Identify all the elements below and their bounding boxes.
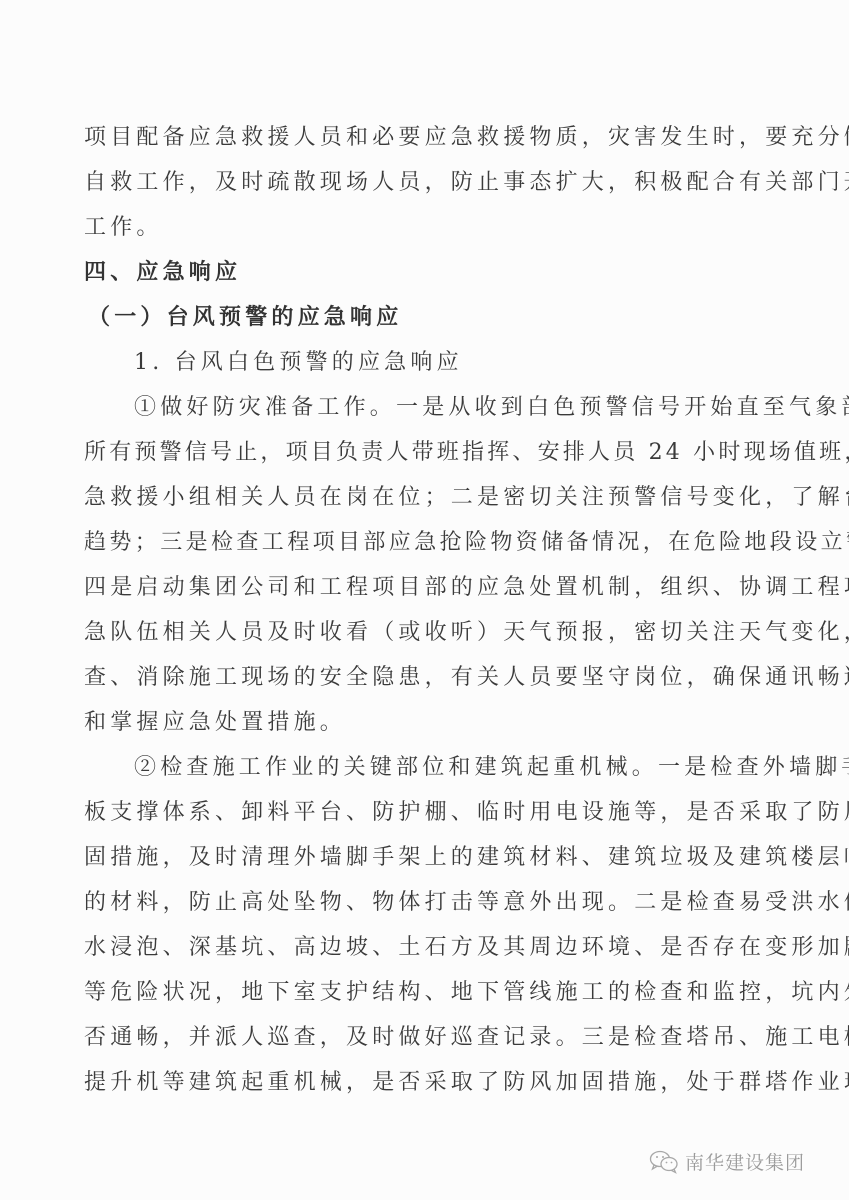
text-line: 板支撑体系、卸料平台、防护棚、临时用电设施等，是否采取了防风防雨加: [84, 790, 754, 835]
text-line: 和掌握应急处置措施。: [84, 700, 754, 745]
text-line: 提升机等建筑起重机械，是否采取了防风加固措施，处于群塔作业环境下的: [84, 1060, 754, 1105]
paragraph-start-line: ②检查施工作业的关键部位和建筑起重机械。一是检查外墙脚手架、模: [84, 745, 754, 790]
text-line: 四是启动集团公司和工程项目部的应急处置机制，组织、协调工程项目部应: [84, 565, 754, 610]
wechat-watermark: 南华建设集团: [649, 1148, 805, 1175]
text-line: 的材料，防止高处坠物、物体打击等意外出现。二是检查易受洪水侵袭、雨: [84, 880, 754, 925]
text-line: 自救工作，及时疏散现场人员，防止事态扩大，积极配合有关部门开展救援: [84, 160, 754, 205]
item-heading: 1. 台风白色预警的应急响应: [84, 340, 754, 385]
text-line: 否通畅，并派人巡查，及时做好巡查记录。三是检查塔吊、施工电梯、物料: [84, 1015, 754, 1060]
section-heading: 四、应急响应: [84, 250, 754, 295]
text-line: 急救援小组相关人员在岗在位；二是密切关注预警信号变化，了解台风发展: [84, 475, 754, 520]
document-page: 项目配备应急救援人员和必要应急救援物质，灾害发生时，要充分做好事故 自救工作，及…: [0, 0, 849, 1200]
text-line: 水浸泡、深基坑、高边坡、土石方及其周边环境、是否存在变形加剧、开裂: [84, 925, 754, 970]
text-line: 固措施，及时清理外墙脚手架上的建筑材料、建筑垃圾及建筑楼层临边堆放: [84, 835, 754, 880]
paragraph-start-line: ①做好防灾准备工作。一是从收到白色预警信号开始直至气象部门解除: [84, 385, 754, 430]
text-line: 项目配备应急救援人员和必要应急救援物质，灾害发生时，要充分做好事故: [84, 115, 754, 160]
text-line: 所有预警信号止，项目负责人带班指挥、安排人员 24 小时现场值班，确保应: [84, 430, 754, 475]
text-line: 等危险状况，地下室支护结构、地下管线施工的检查和监控，坑内外排水是: [84, 970, 754, 1015]
text-line: 趋势；三是检查工程项目部应急抢险物资储备情况，在危险地段设立警示牌；: [84, 520, 754, 565]
text-line: 查、消除施工现场的安全隐患，有关人员要坚守岗位，确保通讯畅通，了解: [84, 655, 754, 700]
document-body: 项目配备应急救援人员和必要应急救援物质，灾害发生时，要充分做好事故 自救工作，及…: [84, 115, 754, 1105]
text-line: 工作。: [84, 205, 754, 250]
text-line: 急队伍相关人员及时收看（或收听）天气预报，密切关注天气变化，及时排: [84, 610, 754, 655]
watermark-text: 南华建设集团: [685, 1148, 805, 1175]
wechat-icon: [649, 1150, 679, 1174]
subsection-heading: （一）台风预警的应急响应: [84, 295, 754, 340]
